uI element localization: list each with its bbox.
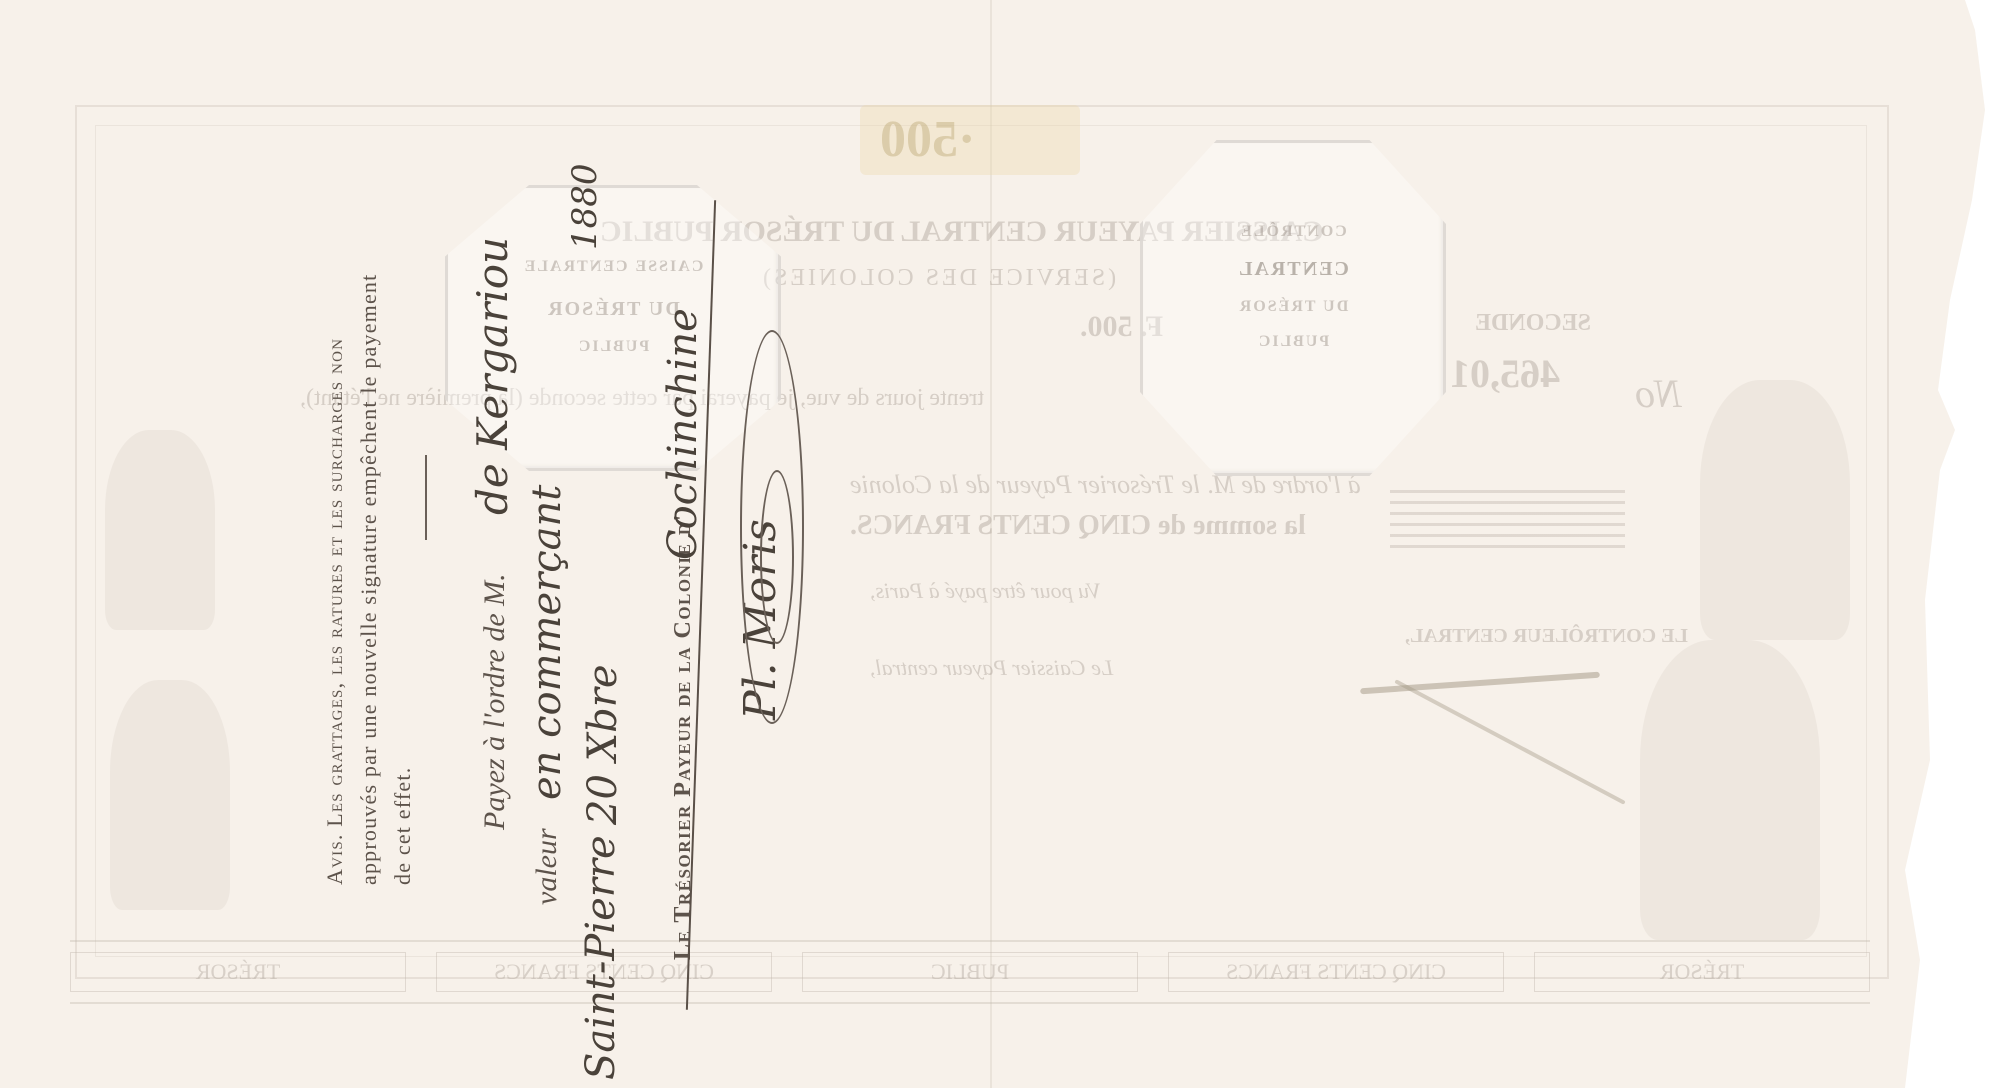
showthrough-number: 465,01 [1450,350,1560,397]
showthrough-fine-print [1390,490,1625,550]
handwritten-date: 20 Xbre [580,665,626,826]
showthrough-controleur: LE CONTRÔLEUR CENTRAL, [1405,625,1688,648]
showthrough-header-2: (SERVICE DES COLONIES) [760,265,1116,292]
notice-line-2: approuvés par une nouvelle signature emp… [352,274,386,885]
handwritten-payee: de Kergariou [468,237,517,515]
showthrough-number-prefix: No [1635,370,1682,417]
embossed-seal-right: CONTRÔLE CENTRAL DU TRÉSOR PUBLIC [1140,140,1446,476]
showthrough-line-vu: Vu pour être payé à Paris, [870,578,1101,604]
handwritten-year: 1880 [565,163,605,250]
notice-divider [425,455,427,540]
signature-paraph-inner [760,470,794,644]
handwritten-colony: Cochinchine [660,308,706,560]
handwritten-place: Saint-Pierre [578,835,624,1080]
vignette-figure-right-bottom [1640,640,1820,940]
endorsement-value-label: valeur [530,828,564,905]
showthrough-line-sum: la somme de CINQ CENTS FRANCS. [850,510,1306,542]
notice-line-3: de cet effet. [386,767,420,885]
engraved-bottom-band: TRÉSOR CINQ CENTS FRANCS PUBLIC CINQ CEN… [70,940,1870,1004]
treasurer-printed-label: Le Trésorier Payeur de la Colonie d' [670,513,697,960]
showthrough-line-payeur: Le Caissier Payeur central, [870,655,1113,681]
vignette-figure-left-top [105,430,215,630]
vignette-figure-right-top [1700,380,1850,640]
endorsement-pay-to: Payez à l'ordre de M. [478,573,512,830]
vignette-figure-left-bottom [110,680,230,910]
handwritten-value: en commerçant [524,485,570,800]
showthrough-seconde: SECONDE [1475,310,1591,337]
showthrough-amount-large: ·500 [880,110,975,169]
notice-line-1: Avis. Les grattages, les ratures et les … [318,338,352,885]
